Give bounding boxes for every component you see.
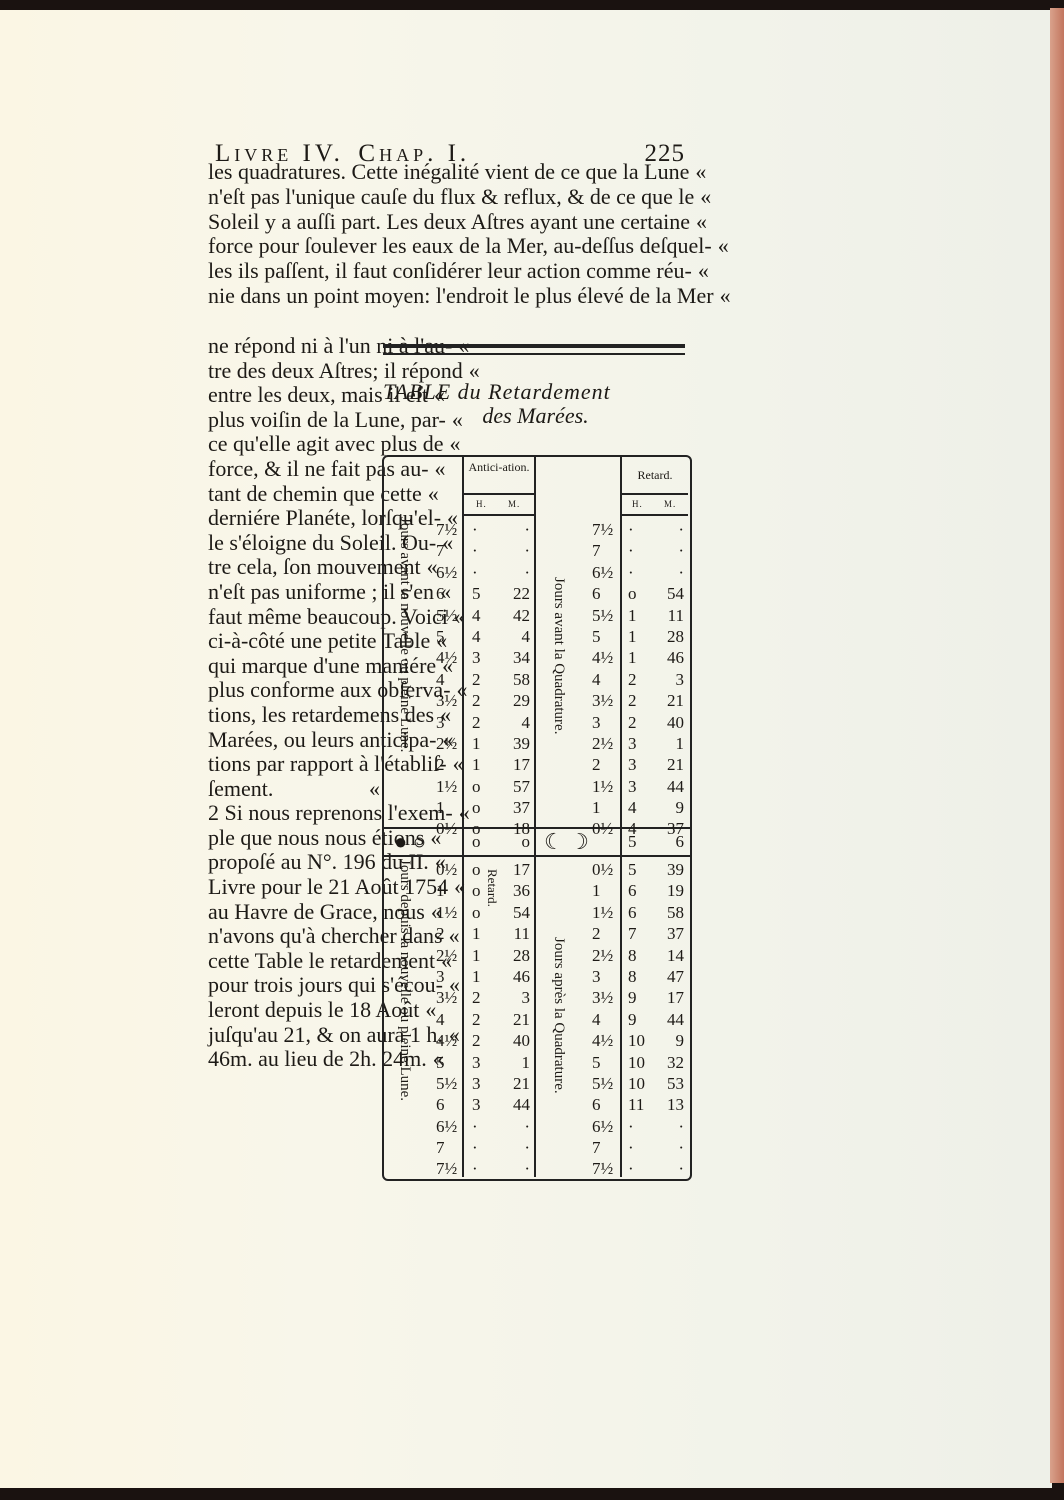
text-line: n'eſt pas l'unique cauſe du flux & reflu… — [208, 185, 692, 210]
quote-mark: « — [695, 160, 706, 185]
hours-value: o — [472, 776, 481, 797]
table-row: 321 — [472, 1073, 530, 1094]
day-value: 3½ — [592, 690, 618, 711]
m-label: M. — [664, 499, 676, 509]
minutes-value: · — [524, 540, 530, 561]
table-row: 240 — [628, 712, 684, 733]
hours-value: 3 — [628, 754, 637, 775]
day-value: 4 — [592, 1009, 618, 1030]
table-row: 442 — [472, 605, 530, 626]
minutes-value: 39 — [667, 859, 684, 880]
day-value: 3 — [436, 966, 460, 987]
table-row: 658 — [628, 902, 684, 923]
table-row: 117 — [472, 754, 530, 775]
divider — [464, 514, 534, 516]
day-value: 2½ — [592, 733, 618, 754]
day-value: 4½ — [436, 647, 460, 668]
minutes-value: 54 — [667, 583, 684, 604]
day-value: 5 — [436, 626, 460, 647]
table-row: 737 — [628, 923, 684, 944]
text-line: n'eſt pas uniforme ; il s'en« — [208, 580, 380, 605]
text-line: ce qu'elle agit avec plus de« — [208, 432, 380, 457]
text-line: entre les deux, mais il eſt« — [208, 383, 380, 408]
quote-mark: « — [700, 185, 711, 210]
line-text: les ils paſſent, il faut conſidérer leur… — [208, 259, 692, 284]
minutes-value: 22 — [513, 583, 530, 604]
table-row: 139 — [472, 733, 530, 754]
table-row: 240 — [472, 1030, 530, 1051]
day-value: 4 — [436, 669, 460, 690]
hours-value: 2 — [472, 1009, 481, 1030]
minutes-value: 21 — [513, 1073, 530, 1094]
text-line: force, & il ne fait pas au-« — [208, 457, 380, 482]
table-row: o37 — [472, 797, 530, 818]
day-value: 7 — [436, 1137, 460, 1158]
hours-value: 3 — [472, 1094, 481, 1115]
minutes-value: 58 — [667, 902, 684, 923]
table-row: 917 — [628, 987, 684, 1008]
line-text: les quadratures. Cette inégalité vient d… — [208, 160, 689, 185]
text-line: tre cela, ſon mouvement« — [208, 555, 380, 580]
text-line: force pour ſoulever les eaux de la Mer, … — [208, 234, 692, 259]
divider — [622, 493, 688, 495]
minutes-value: · — [524, 562, 530, 583]
minutes-value: 1 — [676, 733, 685, 754]
minutes-value: 4 — [522, 712, 531, 733]
day-value: 3 — [436, 712, 460, 733]
text-line: leront depuis le 18 Août« — [208, 998, 380, 1023]
minutes-value: 1 — [522, 1052, 531, 1073]
hours-value: 4 — [472, 605, 481, 626]
table-row: o57 — [472, 776, 530, 797]
minutes-value: · — [678, 562, 684, 583]
day-value: 0½ — [436, 818, 460, 839]
text-line: n'avons qu'à chercher dans« — [208, 924, 380, 949]
minutes-value: · — [678, 519, 684, 540]
minutes-value: · — [678, 540, 684, 561]
day-value: 3 — [592, 966, 618, 987]
hours-value: 2 — [628, 690, 637, 711]
retard-values-right-bottom: 539619658737814847917944109103210531113·… — [628, 859, 684, 1180]
day-value: 2½ — [436, 945, 460, 966]
minutes-value: 11 — [514, 923, 530, 944]
hours-value: 1 — [472, 754, 481, 775]
day-value: 2½ — [436, 733, 460, 754]
hours-value: · — [628, 1137, 634, 1158]
minutes-value: 17 — [513, 859, 530, 880]
thin-rule — [383, 353, 685, 355]
line-text: n'eſt pas l'unique cauſe du flux & reflu… — [208, 185, 694, 210]
day-value: 5½ — [436, 605, 460, 626]
text-line: juſqu'au 21, & on aura 1 h.« — [208, 1023, 380, 1048]
line-text: Soleil y a auſſi part. Les deux Aſtres a… — [208, 210, 690, 235]
hours-value: o — [472, 797, 481, 818]
table-row: 49 — [628, 797, 684, 818]
hours-value: · — [628, 540, 634, 561]
hours-value: o — [628, 583, 637, 604]
table-row: 258 — [472, 669, 530, 690]
table-row: ·· — [472, 1116, 530, 1137]
retard-header: Retard. — [622, 469, 688, 482]
table-row: 1032 — [628, 1052, 684, 1073]
hours-value: 1 — [472, 923, 481, 944]
minutes-value: 36 — [513, 880, 530, 901]
text-line: tre des deux Aſtres; il répond« — [208, 359, 380, 384]
hours-value: 6 — [628, 880, 637, 901]
text-line: plus voiſin de la Lune, par-« — [208, 408, 380, 433]
quarter-moon-icons: ☾ ☽ — [544, 829, 589, 855]
minutes-value: · — [678, 1137, 684, 1158]
day-value: 7½ — [436, 1158, 460, 1179]
moon-phase-icons: ● ○ — [394, 829, 426, 855]
minutes-value: 53 — [667, 1073, 684, 1094]
hours-value: 2 — [472, 987, 481, 1008]
hours-value: · — [472, 1116, 478, 1137]
divider — [462, 457, 464, 1177]
hours-value: · — [628, 562, 634, 583]
day-value: 1 — [592, 880, 618, 901]
minutes-value: · — [524, 519, 530, 540]
hours-value: · — [628, 1158, 634, 1179]
hours-value: 2 — [472, 1030, 481, 1051]
minutes-value: 37 — [667, 923, 684, 944]
table-row: ·· — [628, 1137, 684, 1158]
day-value: 7 — [592, 1137, 618, 1158]
minutes-value: 54 — [513, 902, 530, 923]
day-value: 1½ — [436, 902, 460, 923]
day-value: 1½ — [592, 776, 618, 797]
day-value: 2½ — [592, 945, 618, 966]
minutes-value: 42 — [513, 605, 530, 626]
hours-value: · — [472, 1158, 478, 1179]
table-row: ·· — [628, 540, 684, 561]
table-row: 321 — [628, 754, 684, 775]
minutes-value: 29 — [513, 690, 530, 711]
left-column-text: ne répond ni à l'un ni à l'au-«tre des d… — [208, 334, 380, 1072]
hours-value: 10 — [628, 1073, 645, 1094]
day-value: 3 — [592, 712, 618, 733]
quote-mark: « — [369, 777, 380, 802]
day-value: 5½ — [592, 605, 618, 626]
minutes-value: 19 — [667, 880, 684, 901]
minutes-value: 47 — [667, 966, 684, 987]
text-line: 2 Si nous reprenons l'exem-« — [208, 801, 380, 826]
day-value: 4½ — [436, 1030, 460, 1051]
day-value: 6 — [436, 1094, 460, 1115]
hours-value: 11 — [628, 1094, 644, 1115]
table-row: ·· — [628, 1158, 684, 1179]
days-column-left: 7½76½65½54½43½32½21½10½ — [436, 519, 460, 840]
divider — [464, 493, 534, 495]
table-row: 146 — [472, 966, 530, 987]
hours-value: 5 — [628, 859, 637, 880]
day-value: 7 — [436, 540, 460, 561]
thick-rule — [383, 344, 685, 348]
day-value: 0½ — [592, 859, 618, 880]
right-label-bottom: Jours après la Quadrature. — [550, 937, 567, 1094]
table-row: o54 — [472, 902, 530, 923]
hours-value: 3 — [628, 733, 637, 754]
day-value: 4½ — [592, 1030, 618, 1051]
hours-value: o — [472, 880, 481, 901]
text-line: les ils paſſent, il faut conſidérer leur… — [208, 259, 692, 284]
text-line: ſement.« — [208, 777, 380, 802]
text-line: le s'éloigne du Soleil. Ou-« — [208, 531, 380, 556]
day-value: 2 — [592, 754, 618, 775]
text-line: tions par rapport à l'établiſ-« — [208, 752, 380, 777]
text-line: faut même beaucoup. Voici« — [208, 605, 380, 630]
table-row: 344 — [472, 1094, 530, 1115]
table-row: ·· — [628, 562, 684, 583]
hours-value: 10 — [628, 1052, 645, 1073]
day-value: 2 — [436, 754, 460, 775]
table-row: 334 — [472, 647, 530, 668]
minutes-value: 37 — [513, 797, 530, 818]
hours-value: 1 — [472, 966, 481, 987]
text-line: derniére Planéte, lorſqu'el-« — [208, 506, 380, 531]
anticipation-header: Antici-ation. — [464, 461, 534, 474]
table-row: ·· — [472, 519, 530, 540]
day-value: 0½ — [436, 859, 460, 880]
text-line: ci-à-côté une petite Table« — [208, 629, 380, 654]
retard-values-left: o17o36o541111281462322124031321344······ — [472, 859, 530, 1180]
minutes-value: 28 — [667, 626, 684, 647]
hours-value: 5 — [472, 583, 481, 604]
table-row: 128 — [472, 945, 530, 966]
minutes-value: 21 — [667, 690, 684, 711]
day-value: 5½ — [436, 1073, 460, 1094]
table-row: 522 — [472, 583, 530, 604]
table-row: 109 — [628, 1030, 684, 1051]
line-text: ce qu'elle agit avec plus de — [208, 432, 443, 457]
day-value: 4 — [436, 1009, 460, 1030]
left-label-top: Jours avant la nouvelle ou pleine Lune. — [396, 517, 413, 752]
day-value: 5½ — [592, 1073, 618, 1094]
middle-right-values: 56 — [628, 831, 684, 852]
minutes-value: 21 — [667, 754, 684, 775]
hours-value: 4 — [472, 626, 481, 647]
table-row: 31 — [472, 1052, 530, 1073]
quote-mark: « — [696, 210, 707, 235]
tide-table: Jours avant la nouvelle ou pleine Lune. … — [382, 455, 692, 1181]
day-value: 6 — [592, 1094, 618, 1115]
minutes-value: 9 — [676, 1030, 685, 1051]
text-line: plus conforme aux obſerva-« — [208, 678, 380, 703]
minutes-value: 40 — [513, 1030, 530, 1051]
m-label: M. — [508, 499, 520, 509]
hours-value: 1 — [472, 733, 481, 754]
hours-value: 2 — [472, 712, 481, 733]
table-row: ·· — [472, 1137, 530, 1158]
table-row: 24 — [472, 712, 530, 733]
table-row: 23 — [472, 987, 530, 1008]
hours-value: 3 — [628, 776, 637, 797]
table-row: 944 — [628, 1009, 684, 1030]
hours-value: 2 — [472, 669, 481, 690]
table-row: 111 — [472, 923, 530, 944]
day-value: 7 — [592, 540, 618, 561]
hours-value: 4 — [628, 797, 637, 818]
hours-value: 2 — [472, 690, 481, 711]
table-row: 146 — [628, 647, 684, 668]
table-row: 229 — [472, 690, 530, 711]
table-row: o54 — [628, 583, 684, 604]
minutes-value: 9 — [676, 797, 685, 818]
text-line: cette Table le retardement« — [208, 949, 380, 974]
hours-value: · — [472, 519, 478, 540]
text-line: qui marque d'une maniére« — [208, 654, 380, 679]
hours-value: 6 — [628, 902, 637, 923]
hours-value: · — [472, 540, 478, 561]
minutes-value: · — [524, 1116, 530, 1137]
minutes-value: · — [678, 1116, 684, 1137]
minutes-value: 28 — [513, 945, 530, 966]
text-line: au Havre de Grace, nous« — [208, 900, 380, 925]
table-row: ·· — [472, 562, 530, 583]
hours-value: · — [628, 519, 634, 540]
minutes-value: 4 — [522, 626, 531, 647]
day-value: 3½ — [436, 690, 460, 711]
quote-mark: « — [449, 432, 460, 457]
table-row: 539 — [628, 859, 684, 880]
day-value: 6½ — [592, 1116, 618, 1137]
hours-value: 3 — [472, 1073, 481, 1094]
table-row: 1053 — [628, 1073, 684, 1094]
minutes-value: 11 — [668, 605, 684, 626]
hours-value: 1 — [472, 945, 481, 966]
text-line: tant de chemin que cette« — [208, 482, 380, 507]
text-line: ne répond ni à l'un ni à l'au-« — [208, 334, 380, 359]
hours-value: o — [472, 902, 481, 923]
page-edge — [1050, 8, 1064, 1483]
day-value: 1 — [436, 880, 460, 901]
day-value: 1½ — [592, 902, 618, 923]
day-value: 3½ — [592, 987, 618, 1008]
text-line: tions, les retardemens des« — [208, 703, 380, 728]
table-row: 1113 — [628, 1094, 684, 1115]
day-value: 5 — [592, 1052, 618, 1073]
hours-value: 7 — [628, 923, 637, 944]
text-line: nie dans un point moyen: l'endroit le pl… — [208, 284, 692, 309]
table-row: 814 — [628, 945, 684, 966]
table-row: 221 — [472, 1009, 530, 1030]
day-value: 4½ — [592, 647, 618, 668]
text-line: pour trois jours qui s'écou-« — [208, 973, 380, 998]
text-line: propoſé au N°. 196 du II.« — [208, 850, 380, 875]
day-value: 1 — [592, 797, 618, 818]
text-line: Livre pour le 21 Août 1754« — [208, 875, 380, 900]
line-text: ſement. — [208, 777, 273, 802]
caption-line1: TABLE du Retardement — [383, 380, 688, 404]
minutes-value: · — [678, 1158, 684, 1179]
minutes-value: 32 — [667, 1052, 684, 1073]
middle-left-values: oo — [472, 831, 530, 852]
table-row: 344 — [628, 776, 684, 797]
day-value: 1½ — [436, 776, 460, 797]
table-row: 847 — [628, 966, 684, 987]
hours-value: 2 — [628, 669, 637, 690]
divider — [384, 855, 690, 857]
minutes-value: 46 — [513, 966, 530, 987]
text-line: les quadratures. Cette inégalité vient d… — [208, 160, 692, 185]
days-column-left-bottom: 0½11½22½33½44½55½66½77½ — [436, 859, 460, 1180]
minutes-value: · — [524, 1137, 530, 1158]
caption-line2: des Marées. — [482, 403, 588, 428]
hours-value: 9 — [628, 987, 637, 1008]
day-value: 4 — [592, 669, 618, 690]
h-label: H. — [476, 499, 487, 509]
hours-value: · — [472, 1137, 478, 1158]
hours-value: · — [472, 562, 478, 583]
minutes-value: 34 — [513, 647, 530, 668]
text-line: ple que nous nous étions« — [208, 826, 380, 851]
minutes-value: 57 — [513, 776, 530, 797]
quote-mark: « — [720, 284, 731, 309]
hours-value: 10 — [628, 1030, 645, 1051]
quote-mark: « — [718, 234, 729, 259]
divider — [620, 457, 622, 1177]
minutes-value: 58 — [513, 669, 530, 690]
minutes-value: 3 — [676, 669, 685, 690]
minutes-value: 44 — [667, 1009, 684, 1030]
day-value: 2 — [592, 923, 618, 944]
line-text: force pour ſoulever les eaux de la Mer, … — [208, 234, 712, 259]
right-label-top: Jours avant la Quadrature. — [550, 577, 567, 734]
day-value: 6 — [436, 583, 460, 604]
hours-value: 1 — [628, 605, 637, 626]
hours-value: 8 — [628, 945, 637, 966]
minutes-value: 14 — [667, 945, 684, 966]
hours-value: 8 — [628, 966, 637, 987]
hours-value: o — [472, 859, 481, 880]
left-label-bottom: Jours depuis la nouvelle ou pleine Lune. — [396, 859, 413, 1101]
minutes-value: 44 — [667, 776, 684, 797]
day-value: 7½ — [436, 519, 460, 540]
day-value: 2 — [436, 923, 460, 944]
day-value: 5 — [436, 1052, 460, 1073]
table-row: ·· — [472, 1158, 530, 1179]
minutes-value: 21 — [513, 1009, 530, 1030]
table-row: 221 — [628, 690, 684, 711]
days-column-right: 7½76½65½54½43½32½21½10½ — [592, 519, 618, 840]
day-value: 7½ — [592, 1158, 618, 1179]
text-line: Marées, ou leurs anticipa-« — [208, 728, 380, 753]
hours-value: 3 — [472, 647, 481, 668]
table-row: ·· — [628, 519, 684, 540]
minutes-value: 17 — [667, 987, 684, 1008]
day-value: 0½ — [592, 818, 618, 839]
h-label: H. — [632, 499, 643, 509]
quote-mark: « — [698, 259, 709, 284]
line-text: nie dans un point moyen: l'endroit le pl… — [208, 284, 714, 309]
day-value: 1 — [436, 797, 460, 818]
table-row: 111 — [628, 605, 684, 626]
table-row: 128 — [628, 626, 684, 647]
hours-value: 2 — [628, 712, 637, 733]
table-row: o36 — [472, 880, 530, 901]
day-value: 3½ — [436, 987, 460, 1008]
full-width-text: les quadratures. Cette inégalité vient d… — [208, 160, 692, 309]
hours-value: 3 — [472, 1052, 481, 1073]
text-line: 46m. au lieu de 2h. 24m.« — [208, 1047, 380, 1072]
table-row: ·· — [628, 1116, 684, 1137]
minutes-value: 40 — [667, 712, 684, 733]
minutes-value: 39 — [513, 733, 530, 754]
table-row: 23 — [628, 669, 684, 690]
day-value: 6½ — [436, 562, 460, 583]
day-value: 5 — [592, 626, 618, 647]
day-value: 7½ — [592, 519, 618, 540]
